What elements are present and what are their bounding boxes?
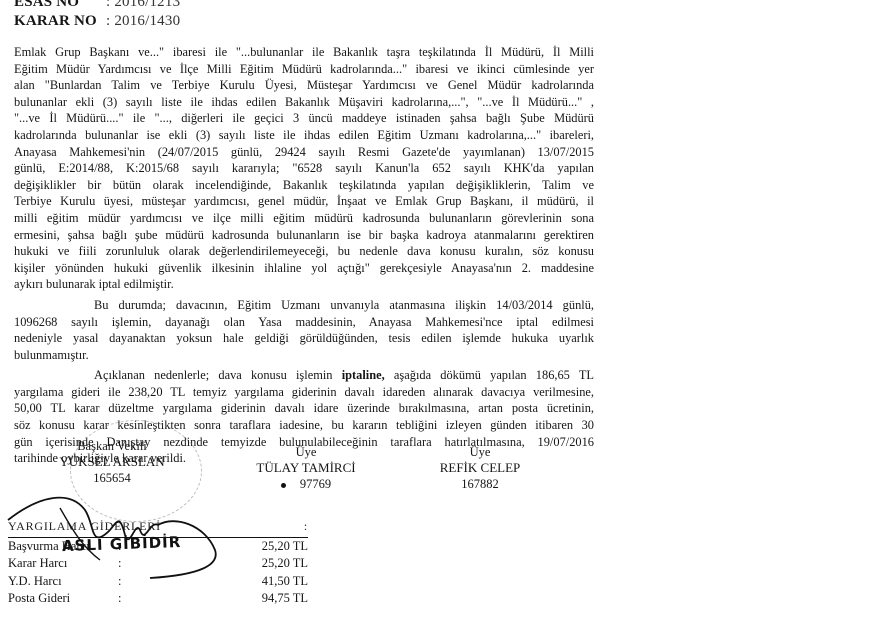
text-line: milli eğitim müdür yardımcısı ve ilçe mi… [14,210,594,227]
cost-separator: : [118,591,228,606]
esas-no-value: : 2016/1213 [106,0,180,10]
text-line: Terbiye Kurulu üyesi, müsteşar yardımcıs… [14,193,594,210]
text-line: değişiklikler bir bütün olarak incelendi… [14,177,594,194]
text-line: kişiler yönünden hukuki güvenlik ilkesin… [14,260,594,277]
signer-role: Başkan Vekili [52,438,172,454]
karar-no: KARAR NO: 2016/1430 [14,13,180,30]
cost-value: 25,20 TL [228,556,308,571]
decision-body: Emlak Grup Başkanı ve..." ibaresi ile ".… [14,44,594,467]
text-line: kadrolarında bulunanlar ise ekli (3) say… [14,127,594,144]
signer-id: 167882 [420,476,540,492]
text-line: nedeniyle yasal dayanaktan yoksun hale g… [14,330,594,347]
text-line: Eğitim Müdür Yardımcısı ve İlçe Milli Eğ… [14,61,594,78]
signer-role: Üye [246,444,366,460]
signature-block-chair: Başkan Vekili YÜKSEL ARSLAN 165654 [52,438,172,486]
signature-block-member-1: Üye TÜLAY TAMİRCİ 97769 [246,444,366,492]
signer-id: 97769 [300,477,331,491]
text-line: "...ve İl Müdürü...." ile "..., diğerler… [14,110,594,127]
cost-row: Posta Gideri:94,75 TL [8,590,308,608]
signer-role: Üye [420,444,540,460]
text-line: 1096268 sayılı işlemin, dayanağı olan Ya… [14,314,594,331]
esas-no-label: ESAS NO [14,0,106,11]
text-line: hukuki ve fiili zorunluluk olarak değerl… [14,243,594,260]
cost-value: 25,20 TL [228,539,308,554]
signer-name: TÜLAY TAMİRCİ [246,460,366,476]
signature-block-member-2: Üye REFİK CELEP 167882 [420,444,540,492]
text-line: aykırı bulunarak iptal edilmiştir. [14,276,594,293]
text-line: bulunmamıştır. [14,347,594,364]
esas-no: ESAS NO: 2016/1213 [14,0,180,11]
text-line: 50,00 TL karar düzeltme yargılama gideri… [14,400,594,417]
bullet-icon [281,483,286,488]
signer-name: YÜKSEL ARSLAN [52,454,172,470]
text-line: Bu durumda; davacının, Eğitim Uzmanı unv… [14,297,594,314]
karar-no-value: : 2016/1430 [106,13,180,29]
costs-title-separator: : [304,519,308,534]
text-line: Anayasa Mahkemesi'nin (24/07/2015 günlü,… [14,144,594,161]
signer-name: REFİK CELEP [420,460,540,476]
signer-id: 165654 [52,470,172,486]
text-line: Emlak Grup Başkanı ve..." ibaresi ile ".… [14,44,594,61]
text-line: ermesini, şahsa bağlı şube müdürü kadros… [14,227,594,244]
text-line: Açıklanan nedenlerle; dava konusu işlemi… [14,367,594,384]
cost-value: 41,50 TL [228,574,308,589]
paragraph-constitutional-court: Emlak Grup Başkanı ve..." ibaresi ile ".… [14,44,594,293]
text-line: günlü, E:2014/88, K:2015/68 sayılı karar… [14,160,594,177]
cost-value: 94,75 TL [228,591,308,606]
verdict-emphasis: iptaline, [342,368,385,382]
cost-label: Posta Gideri [8,591,118,606]
text-line: alan "Bunlardan Talim ve Terbiye Kurulu … [14,77,594,94]
text-line: yargılama gideri ile 238,20 TL temyiz ya… [14,384,594,401]
karar-no-label: KARAR NO [14,13,106,30]
text-line: bulunanlar ekli (3) sayılı liste ile ihd… [14,94,594,111]
paragraph-current-situation: Bu durumda; davacının, Eğitim Uzmanı unv… [14,297,594,363]
